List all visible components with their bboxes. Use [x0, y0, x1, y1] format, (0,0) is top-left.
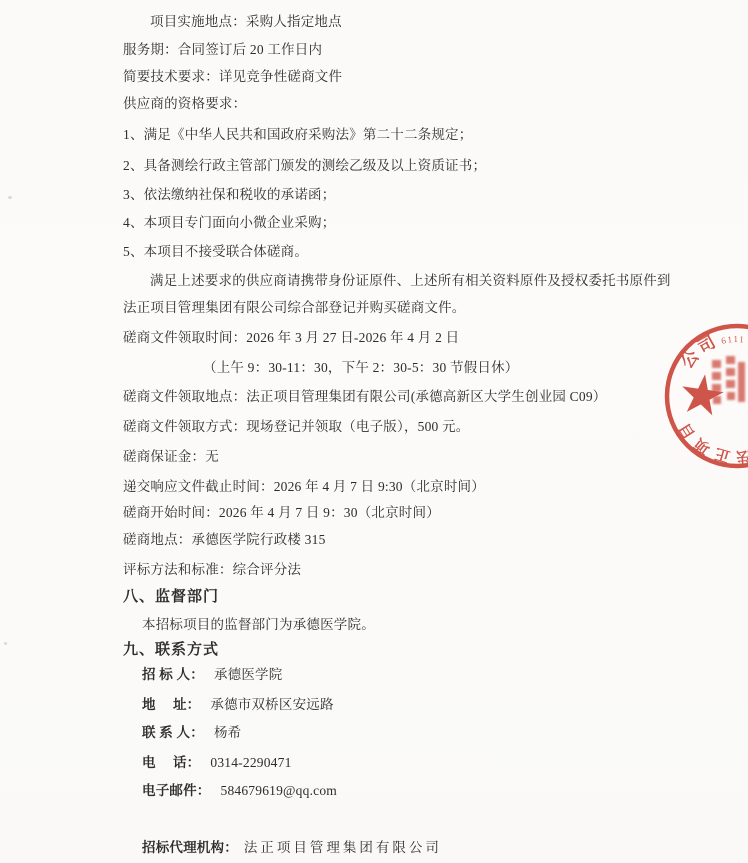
scan-speck	[4, 642, 7, 645]
qualification-item-2: 2、具备测绘行政主管部门颁发的测绘乙级及以上资质证书；	[123, 152, 486, 180]
line-negotiation-start: 磋商开始时间：2026 年 4 月 7 日 9：30（北京时间）	[123, 499, 440, 527]
seal-overprint-smudge	[712, 356, 745, 404]
agency-label: 招标代理机构：	[142, 840, 238, 855]
section-8-body: 本招标项目的监督部门为承德医学院。	[142, 611, 375, 639]
contact-value-address: 承德市双桥区安远路	[210, 697, 333, 712]
seal-star-icon	[679, 371, 726, 416]
line-tech-requirements: 简要技术要求：详见竞争性磋商文件	[123, 63, 342, 91]
contact-value-email: 584679619@qq.com	[221, 783, 338, 798]
line-supplier-qualification-title: 供应商的资格要求：	[123, 90, 246, 118]
contact-row-contact-person: 联 系 人：杨希	[142, 719, 241, 747]
line-deposit: 磋商保证金：无	[123, 443, 219, 471]
contact-value-contact-person: 杨希	[214, 725, 241, 740]
qualification-item-5: 5、本项目不接受联合体磋商。	[123, 238, 308, 266]
line-doc-pickup-place: 磋商文件领取地点：法正项目管理集团有限公司(承德高新区大学生创业园 C09）	[123, 383, 606, 411]
line-doc-pickup-method: 磋商文件领取方式：现场登记并领取（电子版），500 元。	[123, 413, 469, 441]
notice-line-2: 法正项目管理集团有限公司综合部登记并购买磋商文件。	[123, 294, 466, 322]
contact-label-bidder: 招 标 人：	[142, 667, 204, 682]
section-9-heading: 九、联系方式	[123, 636, 219, 664]
qualification-item-3: 3、依法缴纳社保和税收的承诺函；	[123, 181, 335, 209]
agency-line: 招标代理机构：法正项目管理集团有限公司	[142, 834, 442, 862]
scan-speck	[8, 196, 12, 199]
line-doc-pickup-time: 磋商文件领取时间：2026 年 3 月 27 日-2026 年 4 月 2 日	[123, 324, 459, 352]
contact-value-phone: 0314-2290471	[210, 755, 291, 770]
line-evaluation-method: 评标方法和标准：综合评分法	[123, 556, 301, 584]
agency-value: 法正项目管理集团有限公司	[244, 840, 442, 855]
line-project-location: 项目实施地点：采购人指定地点	[150, 8, 342, 36]
contact-row-address: 地 址：承德市双桥区安远路	[142, 691, 334, 719]
contact-label-phone: 电 话：	[142, 755, 200, 770]
scanned-document-page: 项目实施地点：采购人指定地点 服务期：合同签订后 20 工作日内 简要技术要求：…	[0, 0, 748, 863]
line-doc-pickup-hours: （上午 9：30-11：30，下午 2：30-5：30 节假日休）	[203, 354, 518, 382]
contact-label-email: 电子邮件：	[142, 783, 211, 798]
contact-label-address: 地 址：	[142, 697, 200, 712]
section-8-heading: 八、监督部门	[123, 583, 219, 611]
seal-top-text: 公司	[677, 331, 721, 372]
contact-value-bidder: 承德医学院	[214, 667, 283, 682]
qualification-item-1: 1、满足《中华人民共和国政府采购法》第二十二条规定；	[123, 121, 472, 149]
seal-bottom-text: 法正项目	[673, 416, 748, 466]
line-negotiation-place: 磋商地点：承德医学院行政楼 315	[123, 526, 326, 554]
line-service-period: 服务期：合同签订后 20 工作日内	[123, 36, 322, 64]
qualification-item-4: 4、本项目专门面向小微企业采购；	[123, 209, 335, 237]
seal-ring	[667, 326, 748, 466]
contact-row-phone: 电 话：0314-2290471	[142, 749, 292, 777]
seal-code: 6111	[720, 334, 746, 346]
line-response-deadline: 递交响应文件截止时间：2026 年 4 月 7 日 9:30（北京时间）	[123, 473, 485, 501]
contact-row-bidder: 招 标 人：承德医学院	[142, 661, 282, 689]
notice-line-1: 满足上述要求的供应商请携带身份证原件、上述所有相关资料原件及授权委托书原件到	[150, 267, 671, 295]
contact-row-email: 电子邮件：584679619@qq.com	[142, 777, 337, 805]
official-seal-stamp: 公司 6111 法正项目	[648, 314, 748, 482]
contact-label-contact-person: 联 系 人：	[142, 725, 204, 740]
